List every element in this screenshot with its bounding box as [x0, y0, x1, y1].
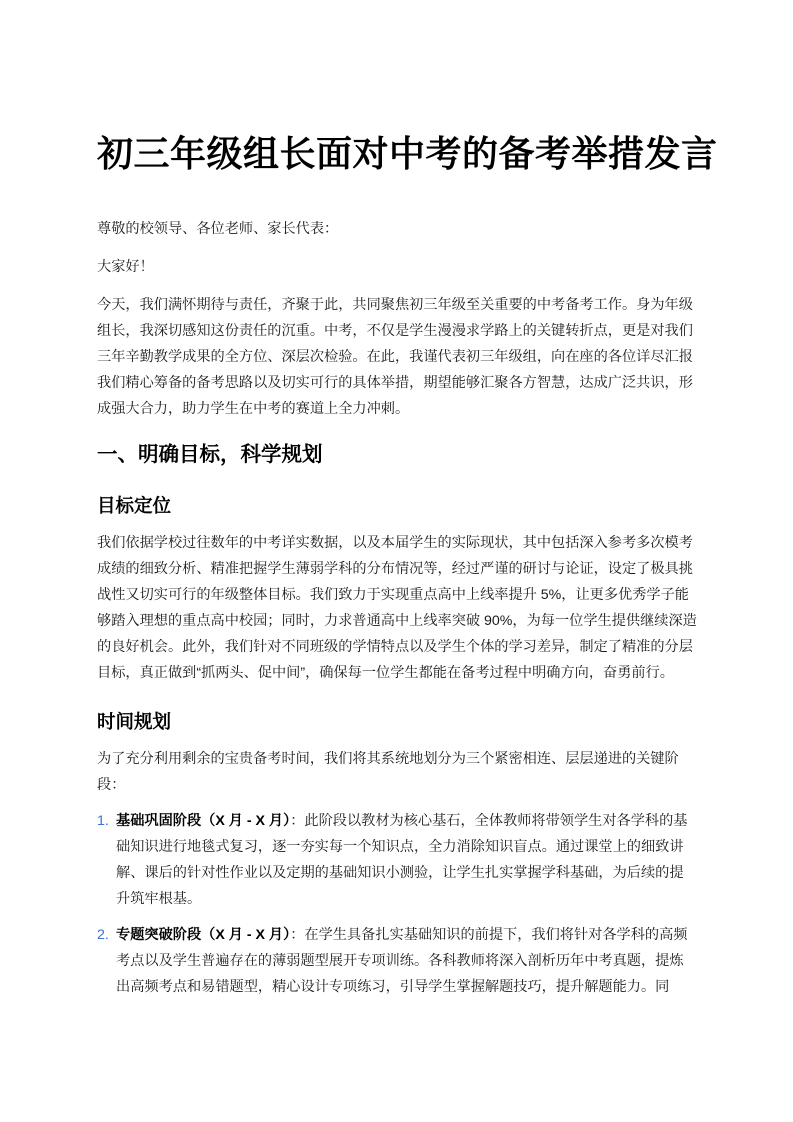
intro-paragraph: 今天，我们满怀期待与责任，齐聚于此，共同聚焦初三年级至关重要的中考备考工作。身为… — [97, 292, 697, 422]
phase-list: 1.基础巩固阶段（X 月 - X 月）：此阶段以教材为核心基石，全体教师将带领学… — [97, 808, 697, 1000]
schedule-paragraph: 为了充分利用剩余的宝贵备考时间，我们将其系统地划分为三个紧密相连、层层递进的关键… — [97, 746, 697, 798]
list-number: 1. — [97, 808, 109, 834]
subsection-heading-goal: 目标定位 — [97, 492, 697, 520]
section-heading-1: 一、明确目标，科学规划 — [97, 440, 697, 470]
list-item-separator: ： — [290, 927, 304, 943]
list-item-separator: ： — [290, 813, 304, 829]
subsection-heading-schedule: 时间规划 — [97, 708, 697, 736]
list-item-label: 专题突破阶段（X 月 - X 月） — [116, 927, 290, 943]
document-body: 尊敬的校领导、各位老师、家长代表： 大家好！ 今天，我们满怀期待与责任，齐聚于此… — [97, 216, 697, 1010]
greeting: 大家好！ — [97, 254, 697, 280]
goal-paragraph: 我们依据学校过往数年的中考详实数据，以及本届学生的实际现状，其中包括深入参考多次… — [97, 530, 697, 686]
list-item-label: 基础巩固阶段（X 月 - X 月） — [116, 813, 290, 829]
salutation: 尊敬的校领导、各位老师、家长代表： — [97, 216, 697, 242]
list-item: 1.基础巩固阶段（X 月 - X 月）：此阶段以教材为核心基石，全体教师将带领学… — [97, 808, 697, 912]
list-item: 2.专题突破阶段（X 月 - X 月）：在学生具备扎实基础知识的前提下，我们将针… — [97, 922, 697, 1000]
list-number: 2. — [97, 922, 109, 948]
document-title: 初三年级组长面对中考的备考举措发言 — [97, 129, 718, 179]
